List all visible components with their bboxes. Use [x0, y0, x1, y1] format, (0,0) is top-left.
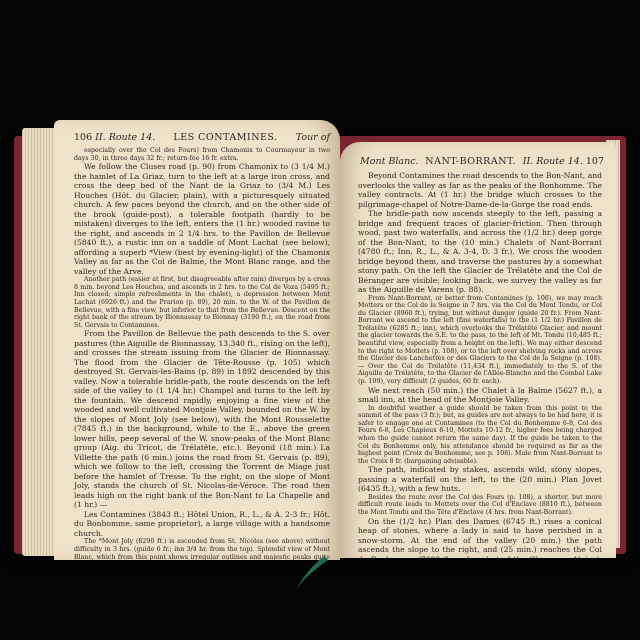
page-number: 107 [586, 156, 604, 167]
paragraph: The bridle-path now ascends steeply to t… [358, 209, 602, 295]
paragraph: On the (1/2 hr.) Plan des Dames (6745 ft… [358, 517, 602, 558]
right-page-body: Beyond Contamines the road descends to t… [340, 171, 616, 558]
paragraph: In doubtful weather a guide should be ta… [358, 405, 602, 466]
paragraph: We next reach (50 min.) the Chalet à la … [358, 386, 602, 405]
paragraph: From the Pavillon de Bellevue the path d… [74, 329, 330, 510]
page-number: 106 [74, 132, 92, 143]
right-page: Mont Blanc. NANT-BORRANT. II. Route 14. … [340, 142, 616, 558]
section-title: Tour of [296, 132, 330, 143]
running-title: LES CONTAMINES. [173, 132, 277, 143]
paragraph: From Nant-Borrant, or better from Contam… [358, 295, 602, 386]
paragraph: especially over the Col des Fours) from … [74, 147, 330, 162]
route-label: II. Route 14. [523, 156, 583, 167]
route-label: II. Route 14. [95, 132, 155, 143]
open-book: 106 II. Route 14. LES CONTAMINES. Tour o… [14, 100, 626, 560]
ribbon-bookmark [290, 556, 330, 592]
left-page-header: 106 II. Route 14. LES CONTAMINES. Tour o… [74, 132, 330, 143]
left-page-body: especially over the Col des Fours) from … [54, 147, 340, 560]
paragraph: We follow the Cluses road (p. 90) from C… [74, 162, 330, 276]
section-title: Mont Blanc. [360, 156, 419, 167]
running-title: NANT-BORRANT. [425, 156, 516, 167]
paragraph: The path, indicated by stakes, ascends w… [358, 465, 602, 494]
paragraph: Another path (easier at first, but disag… [74, 276, 330, 329]
paragraph: Besides the route over the Col des Fours… [358, 494, 602, 517]
paragraph: Les Contamines (3843 ft.; Hôtel Union, R… [74, 510, 330, 539]
left-page: 106 II. Route 14. LES CONTAMINES. Tour o… [54, 120, 340, 560]
right-page-header: Mont Blanc. NANT-BORRANT. II. Route 14. … [360, 156, 604, 167]
paragraph: Beyond Contamines the road descends to t… [358, 171, 602, 209]
